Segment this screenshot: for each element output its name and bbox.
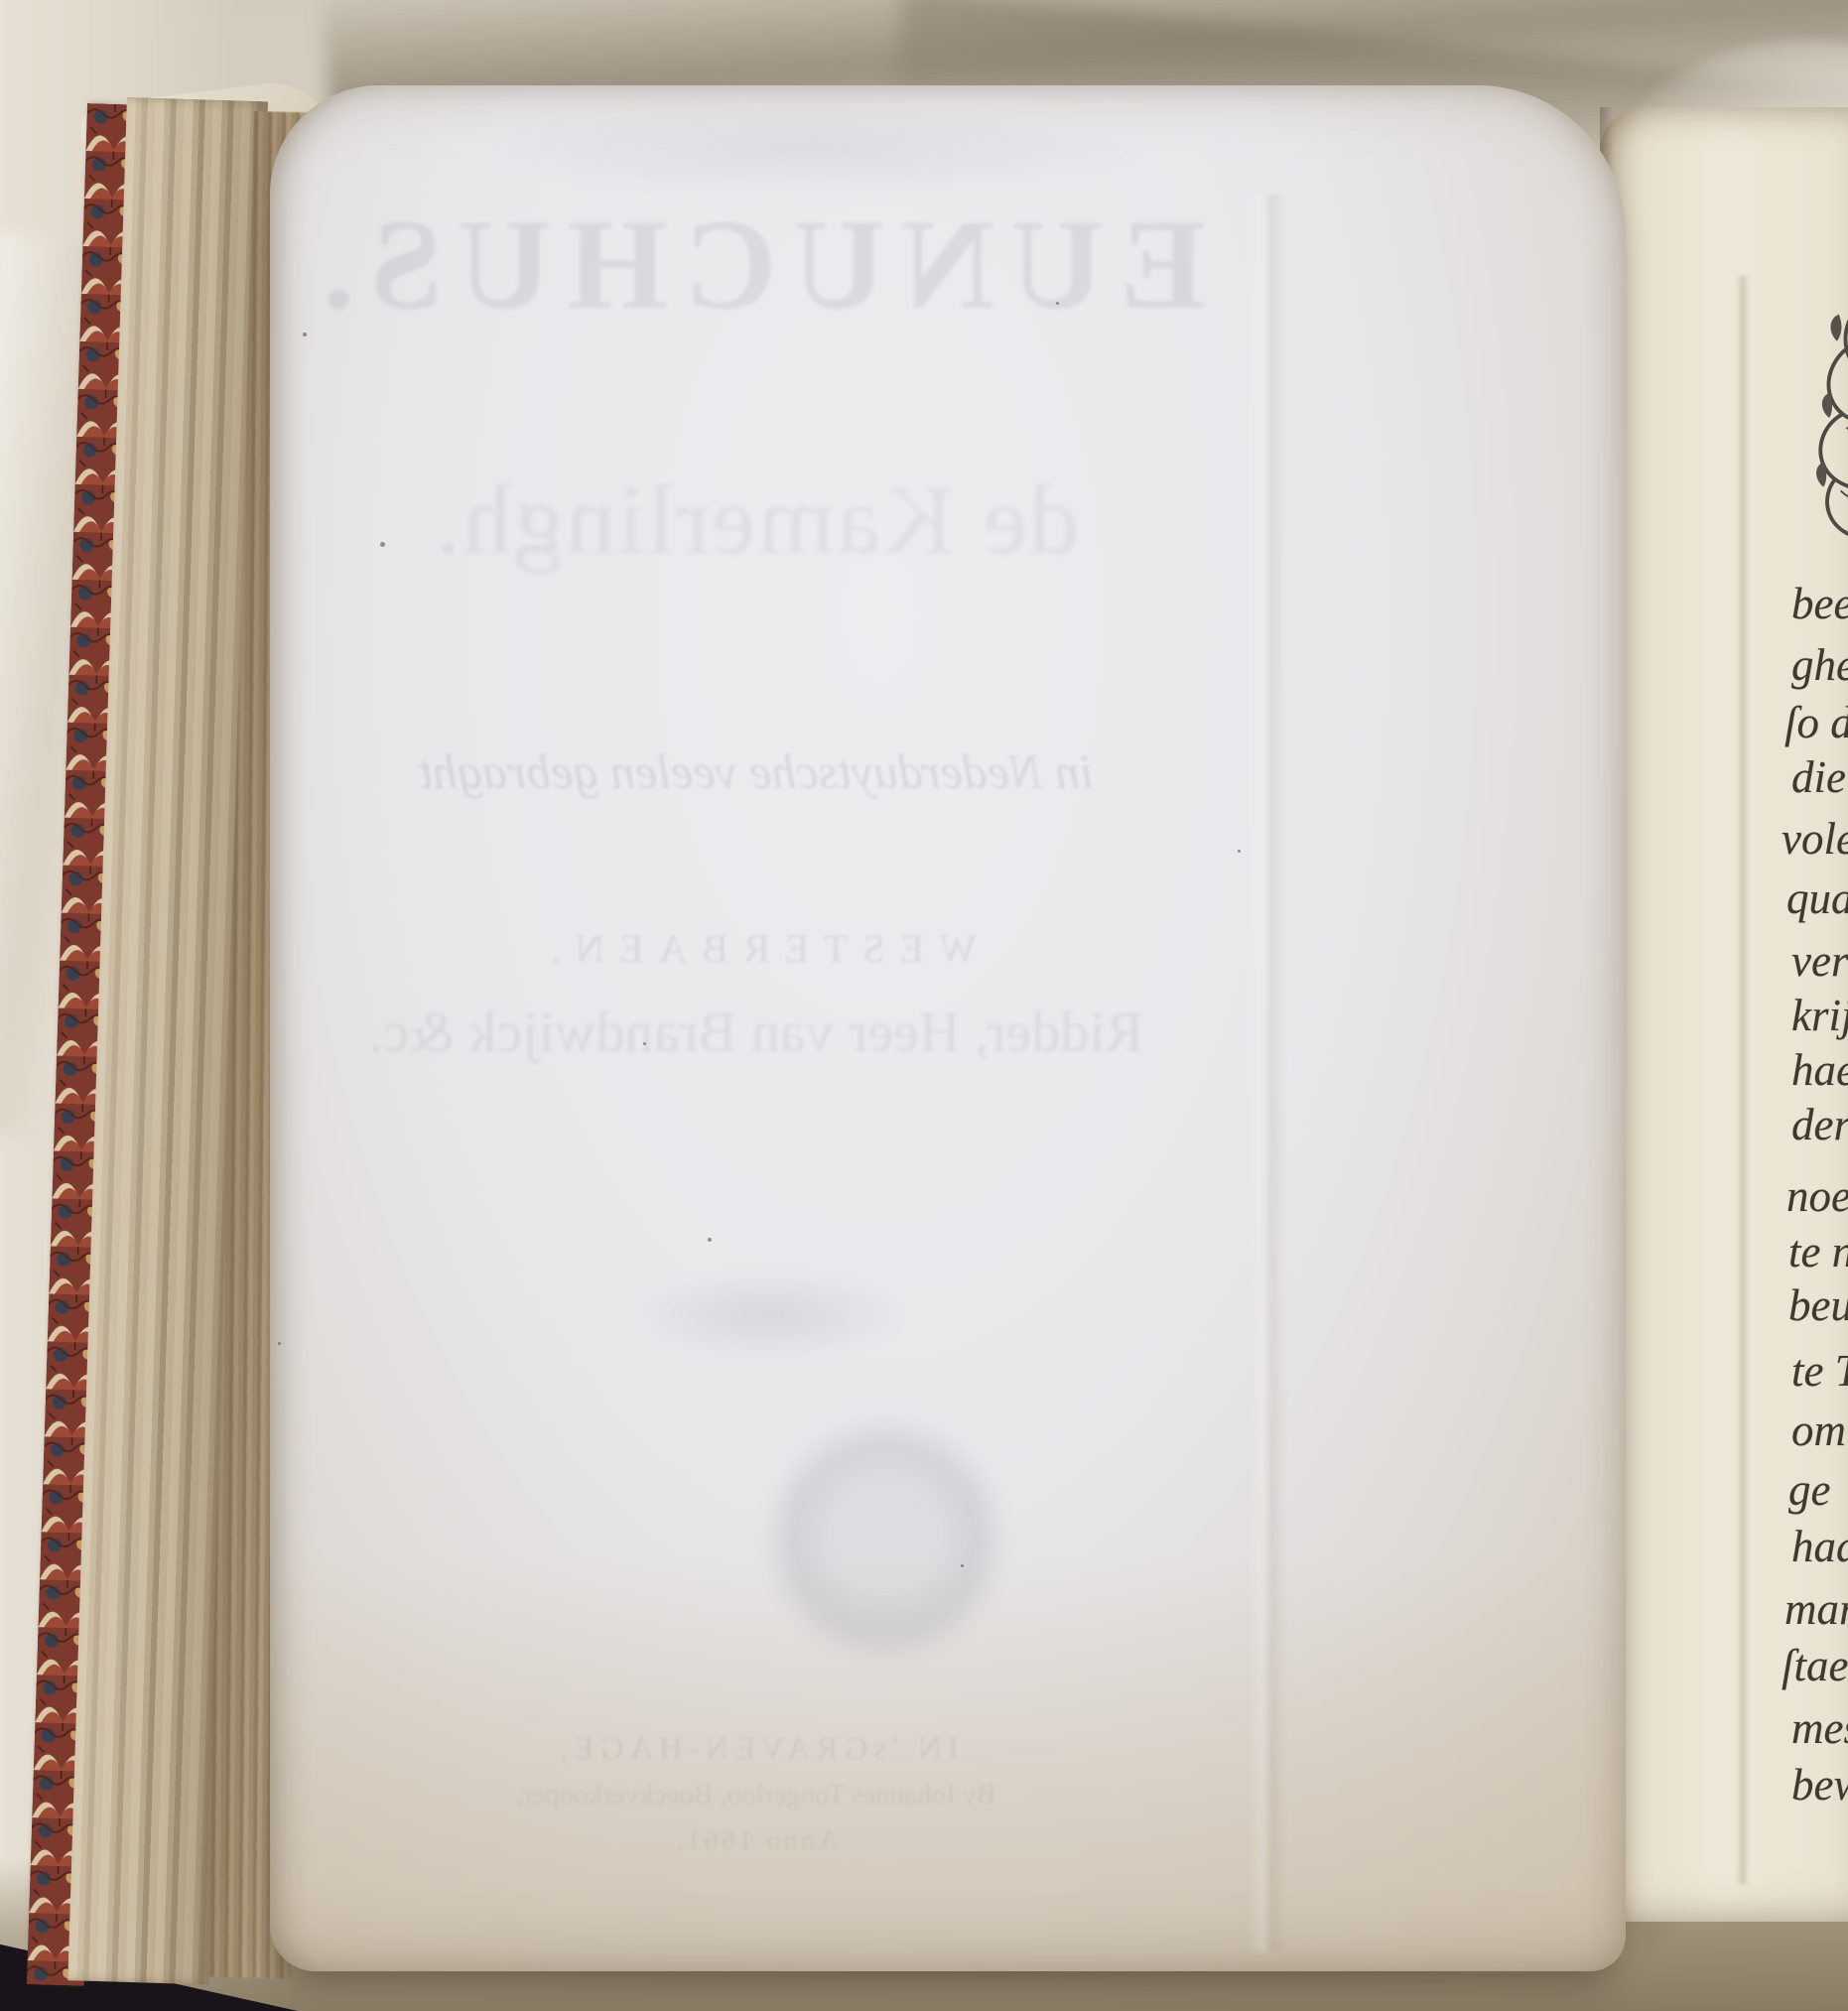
dust-speck: [1238, 850, 1241, 853]
right-page-text-line: vole: [1782, 817, 1848, 862]
dust-speck: [380, 542, 385, 547]
show-through-translation: in Nederduytsche veelen gebraght: [270, 742, 1243, 800]
dust-speck: [1056, 302, 1059, 305]
show-through-imprint-year: Anno 1661.: [270, 1824, 1243, 1857]
right-page-text-line: te T: [1791, 1349, 1848, 1394]
woodcut-ornament: [1777, 274, 1848, 567]
acanthus-ornament-icon: [1777, 274, 1848, 562]
left-page: EUNUCHUS. de Kamerlingh. in Nederduytsch…: [270, 85, 1626, 1971]
right-page-text-line: ge: [1788, 1468, 1830, 1513]
right-page-text-line: te n: [1788, 1230, 1848, 1274]
right-page-crease: [1737, 276, 1749, 1884]
right-page-text-line: mar: [1784, 1587, 1848, 1632]
right-page-text-line: der: [1791, 1103, 1848, 1147]
right-page-text-line: ſo d: [1784, 701, 1848, 745]
right-page-text-line: ſtae: [1782, 1644, 1848, 1688]
right-page-text-line: ghe: [1791, 643, 1848, 688]
dust-speck: [278, 1342, 281, 1345]
right-page-text-line: noe: [1786, 1174, 1848, 1219]
show-through-title: EUNUCHUS.: [270, 191, 1243, 339]
show-through-author: WESTERBAEN.: [270, 925, 1243, 972]
show-through-subtitle: de Kamerlingh.: [270, 463, 1243, 577]
show-through-device-smudge: [766, 1415, 1004, 1664]
right-page-text-line: beeſ: [1791, 582, 1848, 626]
right-page-text-line: ver: [1791, 939, 1848, 984]
dust-speck: [303, 333, 307, 336]
right-page-text-line: beu: [1788, 1283, 1848, 1328]
right-page-text-line: had: [1791, 1525, 1848, 1569]
show-through-imprint-place: IN 'sGRAVEN-HAGE,: [270, 1731, 1243, 1768]
dust-speck: [708, 1238, 712, 1242]
show-through-header-smudge: [498, 107, 1133, 193]
show-through-ornament-smudge: [635, 1273, 903, 1358]
right-page-text-line: qua: [1786, 876, 1848, 921]
show-through-author-titles: Ridder, Heer van Brandwijck &c.: [270, 999, 1243, 1065]
dust-speck: [961, 1564, 964, 1567]
right-page: beeſ ghe ſo d die vole qua ver krij hae …: [1600, 107, 1848, 1922]
right-page-text-line: bew: [1791, 1763, 1848, 1808]
right-page-text-line: die: [1791, 755, 1846, 800]
show-through-imprint-publisher: By Iohannes Tongerloo, Boeckverkooper,: [270, 1779, 1243, 1811]
right-page-text-line: mes: [1791, 1706, 1848, 1751]
book-photo: EUNUCHUS. de Kamerlingh. in Nederduytsch…: [0, 0, 1848, 2011]
page-crease: [1249, 195, 1286, 1951]
right-page-text-line: hae: [1791, 1048, 1848, 1093]
right-page-text-line: om: [1791, 1408, 1846, 1453]
right-page-text-line: krij: [1791, 994, 1848, 1038]
dust-speck: [643, 1042, 646, 1045]
